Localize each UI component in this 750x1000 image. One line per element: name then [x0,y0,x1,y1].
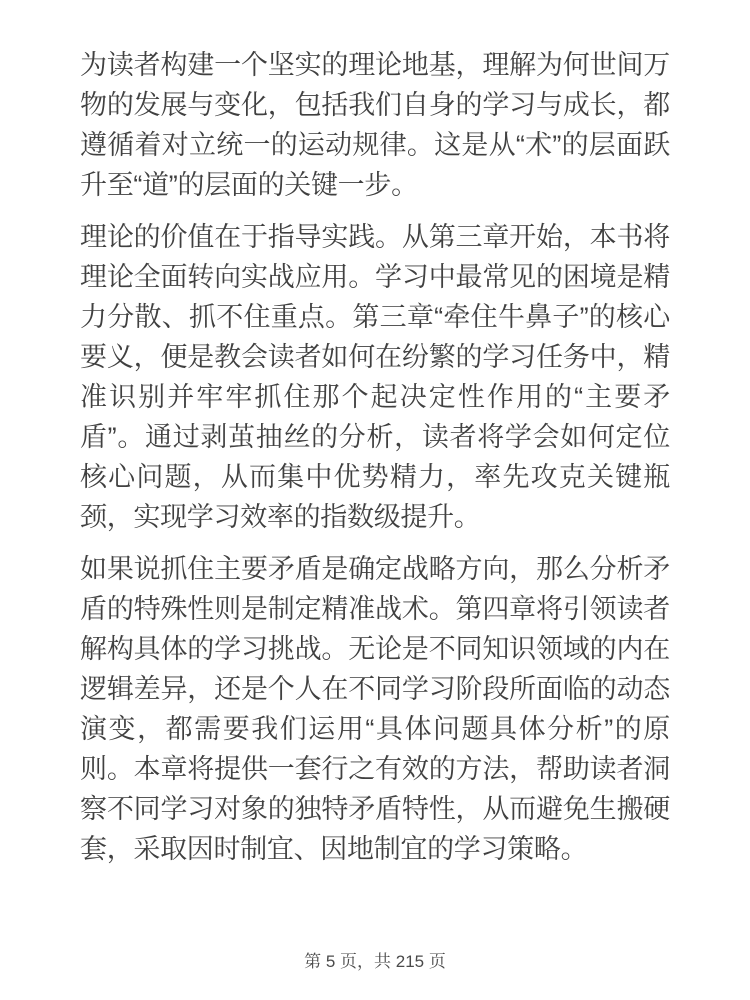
paragraph-3: 如果说抓住主要矛盾是确定战略方向，那么分析矛盾的特殊性则是制定精准战术。第四章将… [80,549,670,869]
paragraph-1: 为读者构建一个坚实的理论地基，理解为何世间万物的发展与变化，包括我们自身的学习与… [80,45,670,205]
document-page: 为读者构建一个坚实的理论地基，理解为何世间万物的发展与变化，包括我们自身的学习与… [0,0,750,1000]
page-number-footer: 第 5 页，共 215 页 [0,952,750,972]
page-text-body: 为读者构建一个坚实的理论地基，理解为何世间万物的发展与变化，包括我们自身的学习与… [80,45,670,869]
paragraph-2: 理论的价值在于指导实践。从第三章开始，本书将理论全面转向实战应用。学习中最常见的… [80,217,670,537]
